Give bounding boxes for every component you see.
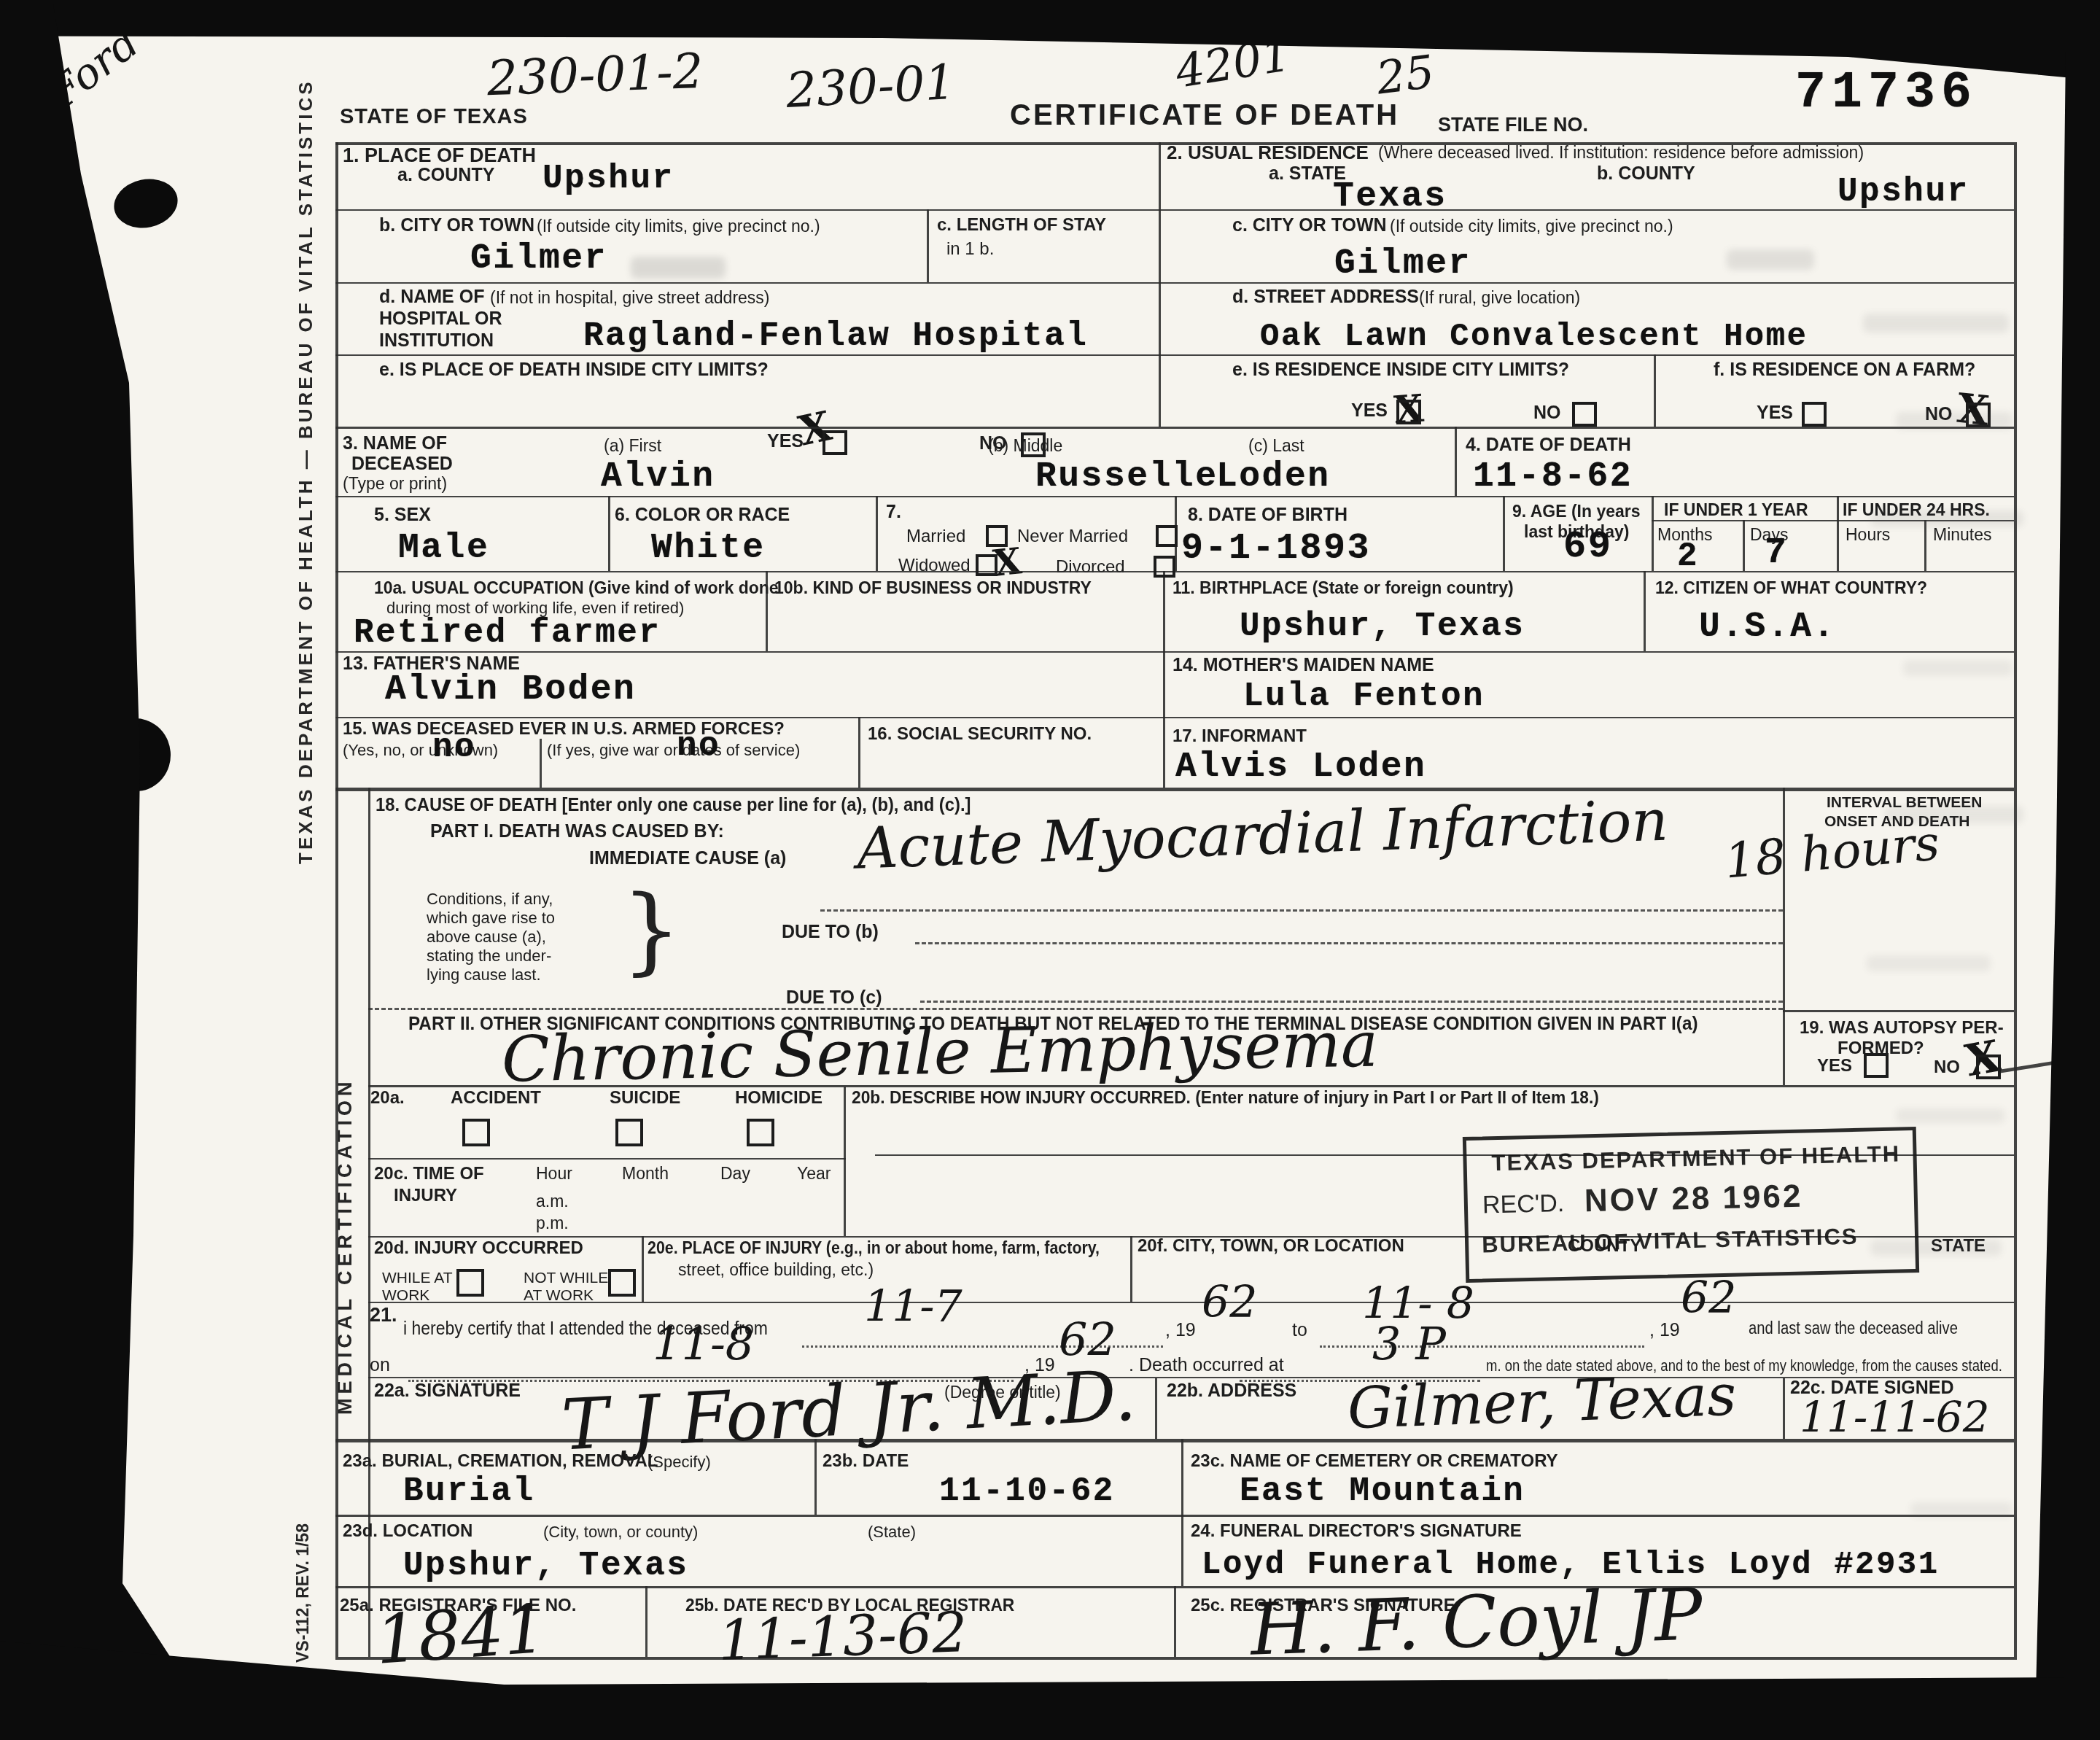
signature-label: 22a. SIGNATURE [374, 1382, 521, 1400]
birthplace-value: Upshur, Texas [1240, 610, 1525, 643]
checkbox [1396, 400, 1421, 424]
rule [1155, 1378, 1157, 1439]
interval-value: 18 hours [1723, 819, 1942, 885]
scan-edge-left [0, 0, 219, 1740]
rule [1644, 571, 1646, 651]
place-of-death-title: 1. PLACE OF DEATH [343, 146, 536, 166]
cemetery-label: 23c. NAME OF CEMETERY OR CREMATORY [1191, 1453, 1558, 1470]
immediate-cause-value: Acute Myocardial Infarction [856, 793, 1669, 878]
rule [608, 496, 610, 571]
dashed-rule [915, 942, 1783, 944]
registrar-code-handwritten-2: 25 [1374, 49, 1437, 101]
age-value: 69 [1563, 528, 1612, 566]
checkbox [1976, 1055, 2001, 1079]
checkbox [976, 554, 997, 576]
dotted-fill-line [1320, 1345, 1644, 1348]
hospital-label: d. NAME OF [379, 288, 484, 306]
residence-title-note: (Where deceased lived. If institution: r… [1378, 144, 1864, 161]
residence-limits-yes-label: YES [1351, 402, 1388, 420]
race-value: White [651, 531, 766, 566]
residence-city-value: Gilmer [1334, 246, 1471, 281]
certify-text-2: and last saw the deceased alive [1749, 1320, 1958, 1337]
cause-of-death-label: 18. CAUSE OF DEATH [Enter only one cause… [376, 796, 971, 815]
burial-location-note-1: (City, town, or county) [543, 1524, 698, 1540]
certify-on-word: on [370, 1356, 390, 1375]
last-name-label: (c) Last [1248, 438, 1304, 454]
rule [368, 1158, 846, 1160]
certify-text-3: . Death occurred at [1129, 1356, 1284, 1375]
ssn-label: 16. SOCIAL SECURITY NO. [868, 726, 1092, 743]
checkbox [1864, 1053, 1889, 1078]
scan-smudge [1870, 510, 2023, 527]
death-certificate-scan: Ford 230-01-2 230-01 STATE OF TEXAS CERT… [0, 0, 2100, 1740]
injury-20f-label: 20f. CITY, TOWN, OR LOCATION [1137, 1238, 1404, 1255]
farm-yes-label: YES [1757, 404, 1793, 422]
county-value: Upshur [542, 162, 674, 195]
checkbox [456, 1269, 484, 1297]
year-label: Year [797, 1165, 831, 1182]
injury-20c-label-1: 20c. TIME OF [374, 1165, 484, 1183]
file-code-handwritten-1: 230-01-2 [486, 47, 704, 103]
scan-smudge [1863, 314, 2009, 333]
dob-label: 8. DATE OF BIRTH [1188, 506, 1347, 524]
conditions-note-3: above cause (a), [427, 929, 546, 945]
rule [335, 209, 2014, 211]
accident-label: ACCIDENT [451, 1090, 541, 1107]
first-name-value: Alvin [601, 459, 715, 494]
armed-forces-value-2: no [677, 729, 720, 763]
rule [1743, 520, 1745, 571]
checkbox [462, 1119, 490, 1146]
date-of-death-label: 4. DATE OF DEATH [1466, 436, 1631, 454]
rule [1503, 496, 1505, 571]
rule [1783, 1010, 1785, 1085]
county-label: a. COUNTY [397, 166, 494, 185]
burial-location-value: Upshur, Texas [403, 1549, 688, 1582]
injury-20e-label-1: 20e. PLACE OF INJURY (e.g., in or about … [647, 1240, 1100, 1257]
minutes-label: Minutes [1933, 527, 1992, 543]
due-to-b-label: DUE TO (b) [782, 923, 879, 941]
not-while-label-2: AT WORK [524, 1288, 594, 1303]
scan-smudge [631, 257, 726, 279]
residence-farm-label: f. IS RESIDENCE ON A FARM? [1714, 361, 1975, 379]
residence-county-label: b. COUNTY [1597, 165, 1695, 183]
attended-from-date: 11-7 [864, 1285, 962, 1329]
certify-to-word: to [1292, 1321, 1307, 1340]
punch-hole-top [109, 174, 182, 234]
race-label: 6. COLOR OR RACE [615, 506, 790, 524]
rule [1159, 142, 1161, 427]
conditions-note-5: lying cause last. [427, 967, 541, 983]
not-while-label-1: NOT WHILE [524, 1270, 608, 1286]
scan-smudge [1910, 1502, 2012, 1517]
checkbox [1572, 402, 1597, 427]
rule [335, 1515, 2014, 1517]
due-to-c-label: DUE TO (c) [786, 989, 882, 1007]
part1-label: PART I. DEATH WAS CAUSED BY: [430, 823, 724, 841]
rule [1652, 496, 1654, 571]
marital-label: 7. [886, 503, 901, 521]
rule [1654, 354, 1656, 427]
while-at-work-label-2: WORK [382, 1288, 429, 1303]
residence-limits-no-label: NO [1533, 404, 1561, 422]
attended-from-year: 62 [1202, 1281, 1257, 1324]
checkbox [1021, 432, 1046, 457]
residence-street-label: d. STREET ADDRESS [1232, 288, 1419, 306]
armed-forces-sub-2: (If yes, give war or dates of service) [547, 742, 800, 758]
received-stamp: TEXAS DEPARTMENT OF HEALTH REC'D. NOV 28… [1463, 1127, 1919, 1283]
rule [335, 427, 2014, 429]
rule [1783, 1010, 2014, 1012]
funeral-director-value: Loyd Funeral Home, Ellis Loyd #2931 [1202, 1549, 1940, 1581]
state-file-no-value: 71736 [1795, 69, 1977, 120]
conditions-note-2: which gave rise to [427, 910, 555, 926]
rule [1163, 717, 1165, 788]
day-label: Day [720, 1165, 750, 1182]
certify-19-a: , 19 [1165, 1321, 1196, 1340]
am-label: a.m. [536, 1193, 569, 1210]
date-signed-value: 11-11-62 [1800, 1396, 1990, 1438]
rule [1837, 496, 1839, 571]
scan-edge-bottom [0, 1634, 2100, 1740]
rule [1163, 651, 1165, 717]
months-value: 2 [1677, 540, 1699, 573]
under-1-year-label: IF UNDER 1 YEAR [1664, 502, 1808, 518]
rule [335, 717, 2014, 718]
rule [540, 739, 542, 788]
rule [876, 496, 878, 571]
registrar-date-value: 11-13-62 [717, 1604, 968, 1669]
checkbox [822, 430, 847, 455]
death-time-value: 3 P [1372, 1321, 1446, 1367]
residence-street-label-note: (If rural, give location) [1419, 290, 1580, 306]
city-label-note: (If outside city limits, give precinct n… [537, 218, 820, 235]
scan-smudge [1885, 806, 2023, 823]
degree-label: (Degree or title) [944, 1384, 1061, 1401]
file-code-handwritten-2: 230-01 [785, 58, 956, 115]
burial-date-value: 11-10-62 [939, 1475, 1115, 1508]
rule [645, 1586, 647, 1657]
sex-value: Male [398, 531, 489, 566]
pm-label: p.m. [536, 1215, 569, 1232]
informant-value: Alvis Loden [1175, 750, 1426, 785]
residence-city-label: c. CITY OR TOWN [1232, 217, 1387, 235]
injury-20d-label: 20d. INJURY OCCURRED [374, 1240, 583, 1257]
hospital-label-3: INSTITUTION [379, 332, 494, 350]
rule [642, 1236, 644, 1302]
last-name-value: Loden [1216, 459, 1331, 494]
stamp-line-3: BUREAU OF VITAL STATISTICS [1482, 1224, 1859, 1259]
married-label: Married [906, 528, 965, 545]
month-label: Month [622, 1165, 669, 1182]
rule [1455, 427, 1457, 496]
hours-label: Hours [1846, 527, 1890, 543]
rule [368, 1085, 2014, 1087]
last-seen-date: 11-8 [653, 1321, 754, 1367]
registrar-signature-value: H. F. Coyl JP [1249, 1579, 1703, 1666]
sex-label: 5. SEX [374, 506, 431, 524]
rule [927, 209, 929, 282]
state-file-no-label: STATE FILE NO. [1438, 115, 1588, 135]
armed-forces-value-1: no [432, 731, 476, 764]
mother-name-label: 14. MOTHER'S MAIDEN NAME [1172, 656, 1434, 675]
dashed-rule [820, 909, 1783, 912]
name-title-1: 3. NAME OF [343, 435, 447, 453]
industry-label: 10b. KIND OF BUSINESS OR INDUSTRY [774, 580, 1092, 597]
stamp-recd-label: REC'D. [1482, 1189, 1565, 1220]
rule [844, 1087, 846, 1236]
place-limits-yes-label: YES [767, 432, 804, 451]
father-name-value: Alvin Boden [385, 672, 636, 707]
length-of-stay-note: in 1 b. [946, 241, 994, 258]
rule [335, 282, 2014, 284]
occupation-label-1: 10a. USUAL OCCUPATION (Give kind of work… [374, 580, 779, 597]
dob-value: 9-1-1893 [1181, 531, 1371, 567]
rule [1130, 1236, 1132, 1302]
checkbox [1154, 556, 1175, 578]
scan-smudge [1867, 955, 1991, 971]
place-city-limits-label: e. IS PLACE OF DEATH INSIDE CITY LIMITS? [379, 361, 769, 379]
checkbox [1802, 402, 1827, 427]
rule [858, 717, 860, 788]
injury-20a-label: 20a. [370, 1090, 405, 1107]
rule [1783, 1378, 1785, 1439]
conditions-brace: } [621, 882, 682, 977]
immediate-cause-label: IMMEDIATE CAUSE (a) [589, 850, 786, 868]
rule [1181, 1439, 1183, 1515]
residence-limits-label: e. IS RESIDENCE INSIDE CITY LIMITS? [1232, 361, 1569, 379]
name-title-3: (Type or print) [343, 475, 447, 492]
residence-street-value: Oak Lawn Convalescent Home [1260, 321, 1808, 353]
first-name-label: (a) First [604, 438, 661, 454]
rule [335, 142, 338, 1657]
mother-name-value: Lula Fenton [1243, 680, 1485, 713]
while-at-work-label-1: WHILE AT [382, 1270, 452, 1286]
scan-smudge [1896, 412, 2012, 430]
autopsy-yes-label: YES [1817, 1057, 1852, 1075]
rule [1924, 520, 1926, 571]
physician-signature: T J Ford Jr. M.D. [560, 1360, 1137, 1460]
city-value: Gilmer [470, 241, 607, 276]
injury-20b-label: 20b. DESCRIBE HOW INJURY OCCURRED. (Ente… [852, 1090, 1599, 1107]
rule [335, 788, 2014, 791]
rule [368, 1377, 2014, 1378]
occupation-value: Retired farmer [354, 616, 661, 650]
birthplace-label: 11. BIRTHPLACE (State or foreign country… [1172, 580, 1514, 597]
burial-date-label: 23b. DATE [822, 1453, 909, 1470]
certificate-title: CERTIFICATE OF DEATH [1010, 101, 1399, 130]
suicide-label: SUICIDE [610, 1090, 680, 1107]
scan-smudge [1727, 249, 1814, 270]
address-label: 22b. ADDRESS [1167, 1382, 1296, 1400]
informant-label: 17. INFORMANT [1172, 728, 1307, 745]
rule [1181, 1515, 1183, 1586]
stamp-date: NOV 28 1962 [1584, 1178, 1803, 1220]
checkbox [1156, 525, 1178, 547]
age-label-1: 9. AGE (In years [1512, 503, 1641, 520]
rule [1783, 788, 1785, 1010]
checkbox [747, 1119, 774, 1146]
scan-smudge [1896, 1108, 2005, 1123]
attended-to-year: 62 [1681, 1276, 1736, 1320]
cemetery-value: East Mountain [1240, 1475, 1525, 1508]
injury-20e-label-2: street, office building, etc.) [678, 1262, 874, 1278]
rule [766, 571, 768, 651]
homicide-label: HOMICIDE [735, 1090, 822, 1107]
checkbox [615, 1119, 643, 1146]
checkbox [608, 1269, 636, 1297]
residence-title: 2. USUAL RESIDENCE [1167, 143, 1369, 162]
burial-label: 23a. BURIAL, CREMATION, REMOVAL [343, 1453, 658, 1470]
state-of-texas-label: STATE OF TEXAS [340, 106, 528, 128]
agency-vertical-label: TEXAS DEPARTMENT OF HEALTH — BUREAU OF V… [295, 186, 317, 864]
address-value: Gilmer, Texas [1347, 1367, 1738, 1438]
rule [335, 354, 2014, 356]
rule [2014, 142, 2017, 1660]
divorced-label: Divorced [1056, 559, 1125, 576]
burial-value: Burial [403, 1475, 535, 1508]
hospital-label-2: HOSPITAL OR [379, 310, 502, 328]
burial-location-label: 23d. LOCATION [343, 1523, 472, 1540]
never-married-label: Never Married [1017, 528, 1128, 545]
burial-label-note: (Specify) [647, 1454, 711, 1470]
registrar-file-value: 1841 [373, 1596, 548, 1674]
rule [1174, 1586, 1176, 1657]
citizen-value: U.S.A. [1699, 610, 1836, 645]
scan-edge-right [1998, 0, 2100, 1740]
injury-20c-label-2: INJURY [394, 1187, 457, 1205]
rule [335, 651, 2014, 653]
burial-location-note-2: (State) [868, 1524, 916, 1540]
city-label: b. CITY OR TOWN [379, 217, 534, 235]
dashed-rule [368, 1008, 1783, 1010]
dashed-rule [920, 1001, 1783, 1003]
conditions-note-1: Conditions, if any, [427, 891, 553, 907]
certify-number: 21. [370, 1305, 397, 1325]
conditions-note-4: stating the under- [427, 948, 551, 964]
rule [335, 1657, 2014, 1660]
scan-smudge [1903, 660, 2012, 676]
checkbox [986, 525, 1008, 547]
middle-name-value: Russelle [1035, 459, 1218, 494]
hour-label: Hour [536, 1165, 572, 1182]
hospital-label-note: (If not in hospital, give street address… [490, 290, 770, 306]
date-of-death-value: 11-8-62 [1473, 459, 1633, 494]
days-value: 7 [1765, 535, 1789, 572]
rule [335, 142, 2014, 145]
stamp-line-1: TEXAS DEPARTMENT OF HEALTH [1491, 1141, 1900, 1176]
hospital-value: Ragland-Fenlaw Hospital [583, 319, 1088, 353]
length-of-stay-label: c. LENGTH OF STAY [937, 217, 1106, 234]
rule [368, 1302, 2014, 1303]
rule [1163, 571, 1165, 651]
autopsy-no-label: NO [1934, 1059, 1960, 1076]
name-title-2: DECEASED [351, 455, 453, 473]
form-code-vertical-label: VS-112, REV. 1/58 [293, 1517, 313, 1663]
certify-19-b: , 19 [1649, 1321, 1680, 1340]
funeral-director-label: 24. FUNERAL DIRECTOR'S SIGNATURE [1191, 1523, 1522, 1540]
residence-city-label-note: (If outside city limits, give precinct n… [1390, 218, 1673, 235]
citizen-label: 12. CITIZEN OF WHAT COUNTRY? [1655, 580, 1927, 597]
residence-county-value: Upshur [1837, 175, 1969, 209]
part2-value: Chronic Senile Emphysema [501, 1014, 1378, 1092]
